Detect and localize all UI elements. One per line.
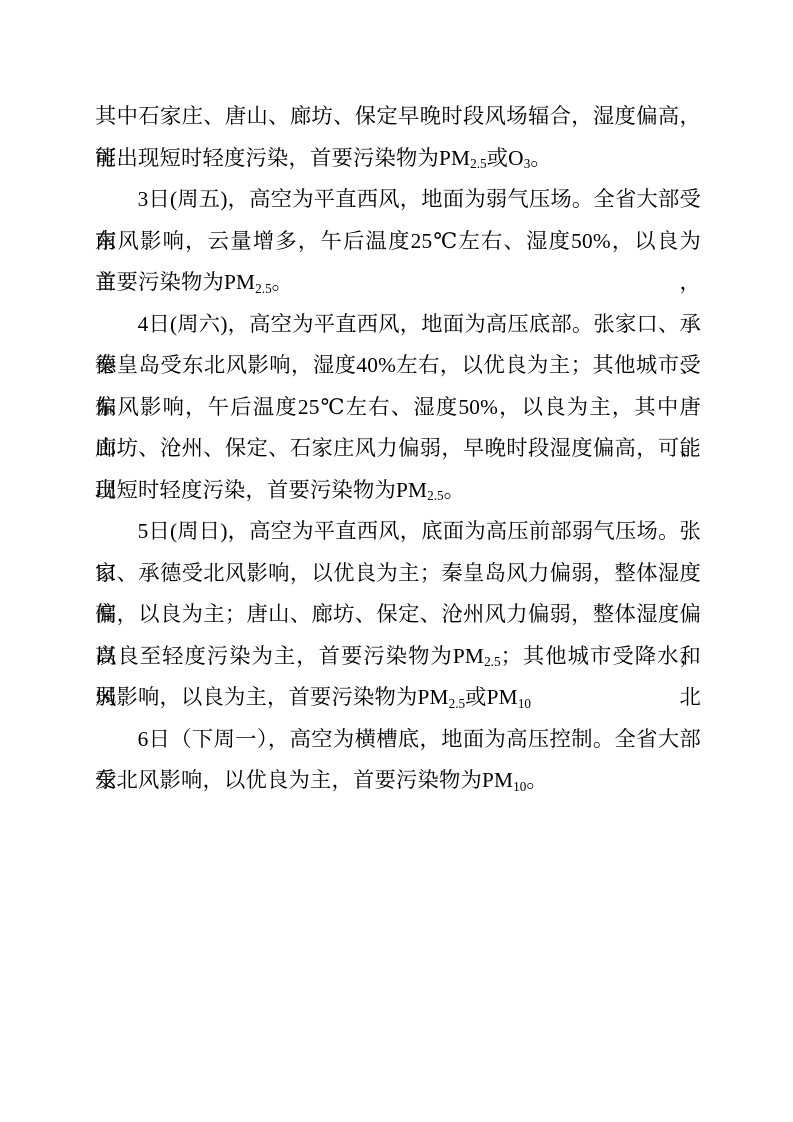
doc-line: 东风影响，午后温度25℃左右、湿度50%，以良为主，其中唐山、 — [95, 387, 701, 429]
paragraph: 6日（下周一），高空为横槽底，地面为高压控制。全省大部受东北风影响，以优良为主，… — [95, 719, 701, 802]
document-body: 其中石家庄、唐山、廊坊、保定早晚时段风场辐合，湿度偏高，可能出现短时轻度污染，首… — [95, 96, 701, 802]
paragraph: 其中石家庄、唐山、廊坊、保定早晚时段风场辐合，湿度偏高，可能出现短时轻度污染，首… — [95, 96, 701, 179]
doc-line: 口、承德受北风影响，以优良为主；秦皇岛风力偏弱，整体湿度偏 — [95, 553, 701, 595]
doc-line: 廊坊、沧州、保定、石家庄风力偏弱，早晚时段湿度偏高，可能出 — [95, 428, 701, 470]
doc-line: 高，以良为主；唐山、廊坊、保定、沧州风力偏弱，整体湿度偏高， — [95, 594, 701, 636]
subscript-text: 2.5 — [470, 156, 486, 171]
subscript-text: 2.5 — [255, 281, 271, 296]
doc-line: 能出现短时轻度污染，首要污染物为PM2.5或O3。 — [95, 138, 701, 180]
doc-line: 5日(周日)，高空为平直西风，底面为高压前部弱气压场。张家 — [95, 511, 701, 553]
doc-line: 其中石家庄、唐山、廊坊、保定早晚时段风场辐合，湿度偏高，可 — [95, 96, 701, 138]
subscript-text: 2.5 — [449, 696, 465, 711]
paragraph: 5日(周日)，高空为平直西风，底面为高压前部弱气压场。张家口、承德受北风影响，以… — [95, 511, 701, 719]
paragraph: 3日(周五)，高空为平直西风，地面为弱气压场。全省大部受东南风影响，云量增多，午… — [95, 179, 701, 304]
subscript-text: 10 — [518, 696, 531, 711]
subscript-text: 2.5 — [427, 488, 443, 503]
subscript-text: 2.5 — [484, 654, 500, 669]
subscript-text: 10 — [513, 779, 526, 794]
doc-line: 3日(周五)，高空为平直西风，地面为弱气压场。全省大部受东 — [95, 179, 701, 221]
doc-line: 现短时轻度污染，首要污染物为PM2.5。 — [95, 470, 701, 512]
doc-line: 6日（下周一），高空为横槽底，地面为高压控制。全省大部受 — [95, 719, 701, 761]
doc-line: 南风影响，云量增多，午后温度25℃左右、湿度50%，以良为主， — [95, 221, 701, 263]
doc-line: 秦皇岛受东北风影响，湿度40%左右，以优良为主；其他城市受偏 — [95, 345, 701, 387]
subscript-text: 3 — [524, 156, 531, 171]
doc-line: 4日(周六)，高空为平直西风，地面为高压底部。张家口、承德、 — [95, 304, 701, 346]
paragraph: 4日(周六)，高空为平直西风，地面为高压底部。张家口、承德、秦皇岛受东北风影响，… — [95, 304, 701, 512]
doc-line: 东北风影响，以优良为主，首要污染物为PM10。 — [95, 760, 701, 802]
doc-line: 以良至轻度污染为主，首要污染物为PM2.5；其他城市受降水和弱北 — [95, 636, 701, 678]
document-page: 其中石家庄、唐山、廊坊、保定早晚时段风场辐合，湿度偏高，可能出现短时轻度污染，首… — [0, 0, 793, 1122]
